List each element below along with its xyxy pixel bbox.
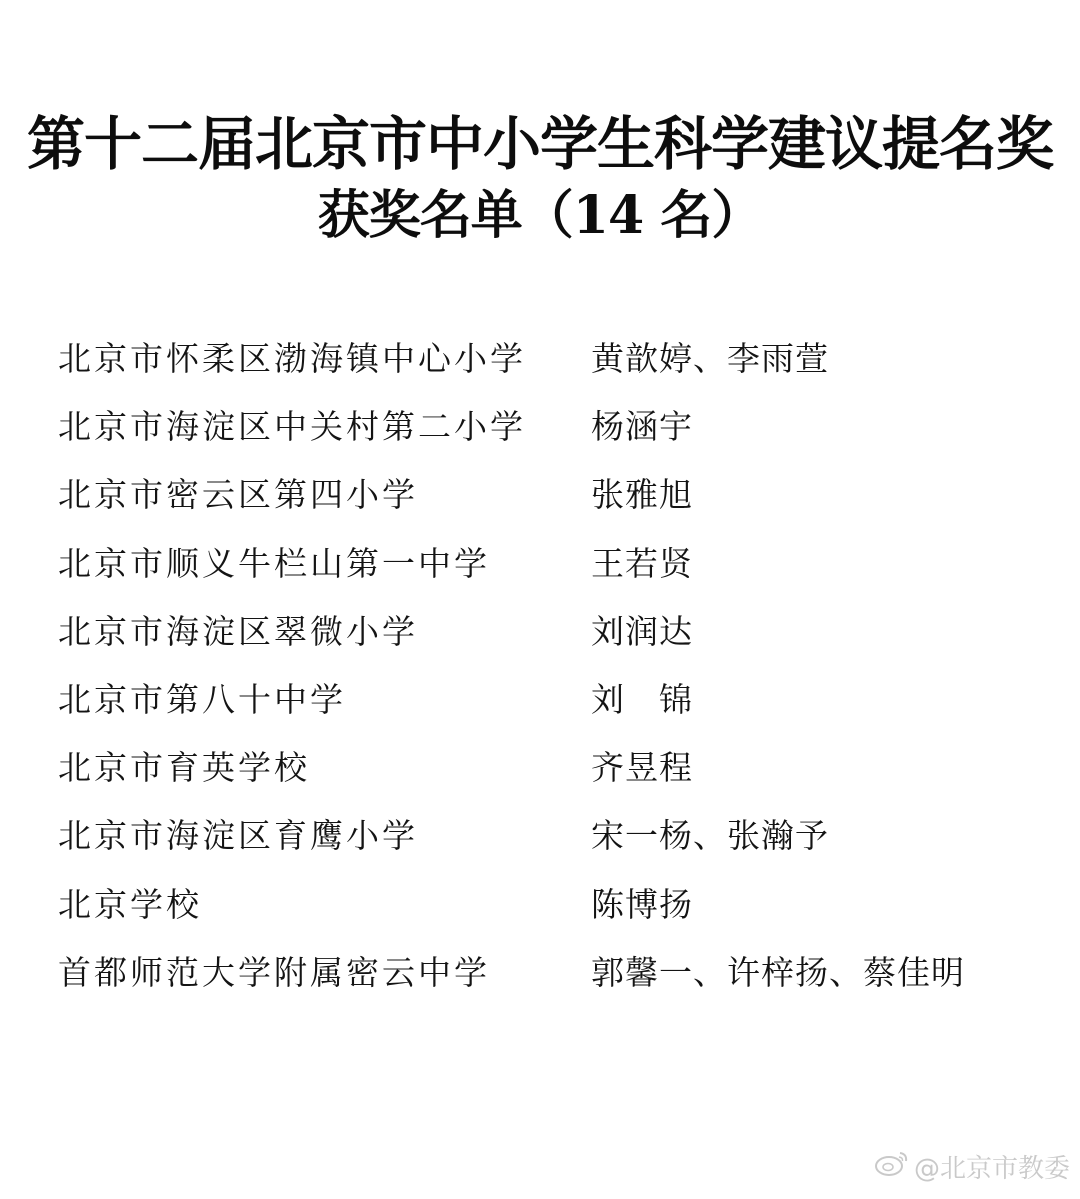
winner-names: 陈博扬 [591,880,693,930]
winner-names: 王若贤 [591,539,693,589]
winner-names: 齐昱程 [591,743,693,793]
school-name: 北京市海淀区中关村第二小学 [58,402,526,452]
school-name: 首都师范大学附属密云中学 [58,948,490,998]
list-item: 北京市海淀区翠微小学 刘润达 [58,607,1018,675]
list-item: 北京学校 陈博扬 [58,880,1018,948]
winner-names: 刘 锦 [591,675,693,725]
winner-names: 郭馨一、许梓扬、蔡佳明 [591,948,965,998]
winner-names: 刘润达 [591,607,693,657]
school-name: 北京市顺义牛栏山第一中学 [58,539,490,589]
list-item: 北京市海淀区育鹰小学 宋一杨、张瀚予 [58,811,1018,879]
list-item: 北京市育英学校 齐昱程 [58,743,1018,811]
list-item: 北京市怀柔区渤海镇中心小学 黄歆婷、李雨萱 [58,334,1018,402]
list-item: 北京市海淀区中关村第二小学 杨涵宇 [58,402,1018,470]
page-subtitle: 获奖名单（14 名） [0,184,1080,248]
list-item: 北京市第八十中学 刘 锦 [58,675,1018,743]
winner-names: 宋一杨、张瀚予 [591,811,829,861]
list-item: 北京市顺义牛栏山第一中学 王若贤 [58,539,1018,607]
winner-names: 黄歆婷、李雨萱 [591,334,829,384]
list-item: 首都师范大学附属密云中学 郭馨一、许梓扬、蔡佳明 [58,948,1018,1016]
school-name: 北京市海淀区翠微小学 [58,607,418,657]
award-list: 北京市怀柔区渤海镇中心小学 黄歆婷、李雨萱 北京市海淀区中关村第二小学 杨涵宇 … [58,334,1018,1016]
winner-names: 杨涵宇 [591,402,693,452]
school-name: 北京市怀柔区渤海镇中心小学 [58,334,526,384]
school-name: 北京市育英学校 [58,743,310,793]
page-title: 第十二届北京市中小学生科学建议提名奖 [0,108,1080,180]
weibo-icon [874,1149,910,1184]
school-name: 北京市第八十中学 [58,675,346,725]
school-name: 北京市海淀区育鹰小学 [58,811,418,861]
winner-names: 张雅旭 [591,470,693,520]
watermark: @北京市教委 [874,1148,1070,1185]
list-item: 北京市密云区第四小学 张雅旭 [58,470,1018,538]
school-name: 北京学校 [58,880,202,930]
school-name: 北京市密云区第四小学 [58,470,418,520]
watermark-text: @北京市教委 [914,1148,1070,1185]
